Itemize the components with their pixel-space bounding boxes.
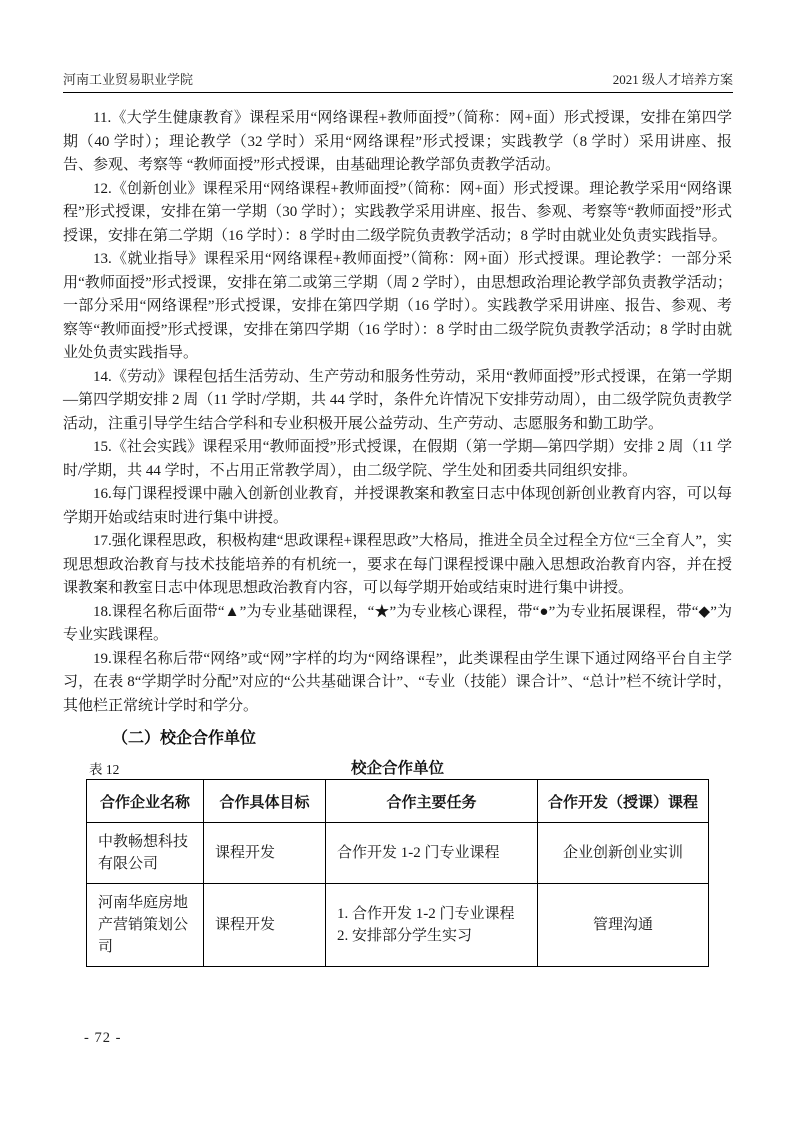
table-header: 合作企业名称 合作具体目标 合作主要任务 合作开发（授课）课程 [87, 780, 709, 823]
table-body: 中教畅想科技有限公司 课程开发 合作开发 1-2 门专业课程 企业创新创业实训 … [87, 823, 709, 967]
table-caption-row: 表 12 校企合作单位 [63, 756, 732, 777]
paragraph-13: 13.《就业指导》课程采用“网络课程+教师面授”（简称：网+面）形式授课。理论教… [63, 248, 732, 366]
document-page: 河南工业贸易职业学院 2021 级人才培养方案 11.《大学生健康教育》课程采用… [0, 0, 793, 1122]
paragraph-12: 12.《创新创业》课程采用“网络课程+教师面授”（简称：网+面）形式授课。理论教… [63, 178, 732, 249]
paragraph-18: 18.课程名称后面带“▲”为专业基础课程，“★”为专业核心课程，带“●”为专业拓… [63, 601, 732, 648]
table-header-row: 合作企业名称 合作具体目标 合作主要任务 合作开发（授课）课程 [87, 780, 709, 823]
paragraph-14: 14.《劳动》课程包括生活劳动、生产劳动和服务性劳动，采用“教师面授”形式授课，… [63, 366, 732, 437]
paragraph-16: 16.每门课程授课中融入创新创业教育，并授课教案和教室日志中体现创新创业教育内容… [63, 483, 732, 530]
cell-courses: 管理沟通 [538, 884, 709, 967]
document-body: 11.《大学生健康教育》课程采用“网络课程+教师面授”（简称：网+面）形式授课，… [63, 107, 732, 967]
header-school-name: 河南工业贸易职业学院 [63, 69, 193, 88]
paragraph-11: 11.《大学生健康教育》课程采用“网络课程+教师面授”（简称：网+面）形式授课，… [63, 107, 732, 178]
table-row: 中教畅想科技有限公司 课程开发 合作开发 1-2 门专业课程 企业创新创业实训 [87, 823, 709, 884]
cell-goal: 课程开发 [204, 884, 326, 967]
cell-company: 河南华庭房地产营销策划公司 [87, 884, 204, 967]
cell-tasks: 1. 合作开发 1-2 门专业课程 2. 安排部分学生实习 [326, 884, 538, 967]
table-caption: 校企合作单位 [63, 756, 732, 778]
column-header-courses: 合作开发（授课）课程 [538, 780, 709, 823]
paragraph-15: 15.《社会实践》课程采用“教师面授”形式授课，在假期（第一学期—第四学期）安排… [63, 436, 732, 483]
cell-company: 中教畅想科技有限公司 [87, 823, 204, 884]
cooperation-table: 合作企业名称 合作具体目标 合作主要任务 合作开发（授课）课程 中教畅想科技有限… [86, 779, 709, 967]
table-row: 河南华庭房地产营销策划公司 课程开发 1. 合作开发 1-2 门专业课程 2. … [87, 884, 709, 967]
column-header-tasks: 合作主要任务 [326, 780, 538, 823]
cell-courses: 企业创新创业实训 [538, 823, 709, 884]
paragraph-17: 17.强化课程思政，积极构建“思政课程+课程思政”大格局，推进全员全过程全方位“… [63, 530, 732, 601]
header-doc-title: 2021 级人才培养方案 [613, 69, 733, 88]
table-label: 表 12 [89, 758, 119, 778]
paragraph-19: 19.课程名称后带“网络”或“网”字样的均为“网络课程”，此类课程由学生课下通过… [63, 648, 732, 719]
page-header: 河南工业贸易职业学院 2021 级人才培养方案 [63, 69, 733, 88]
section-heading: （二）校企合作单位 [63, 727, 732, 751]
column-header-goal: 合作具体目标 [204, 780, 326, 823]
column-header-company: 合作企业名称 [87, 780, 204, 823]
page-number: - 72 - [84, 1030, 121, 1047]
header-rule [63, 92, 733, 93]
cell-goal: 课程开发 [204, 823, 326, 884]
cell-tasks: 合作开发 1-2 门专业课程 [326, 823, 538, 884]
